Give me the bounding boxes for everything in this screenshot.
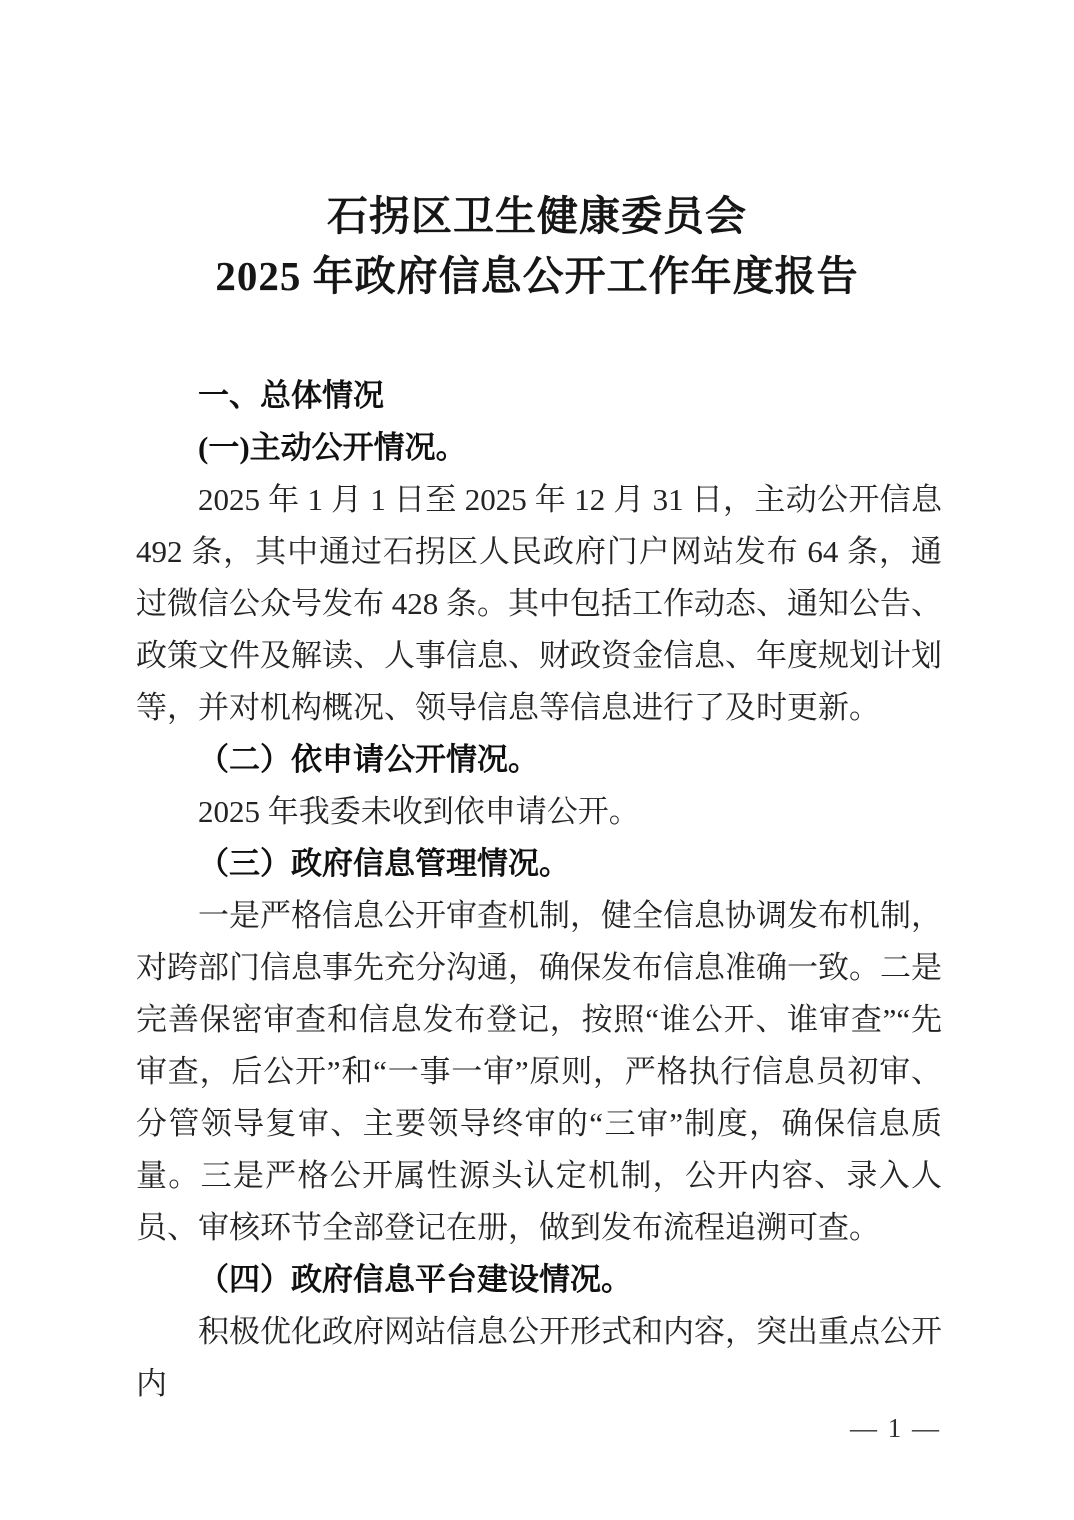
document-title: 石拐区卫生健康委员会 2025 年政府信息公开工作年度报告 (0, 0, 1074, 306)
subsection-heading-proactive-disclosure: (一)主动公开情况。 (136, 422, 942, 474)
paragraph-disclosure-upon-request: 2025 年我委未收到依申请公开。 (136, 786, 942, 838)
document-page: 石拐区卫生健康委员会 2025 年政府信息公开工作年度报告 一、总体情况 (一)… (0, 0, 1074, 1520)
document-title-line2: 2025 年政府信息公开工作年度报告 (0, 246, 1074, 306)
document-title-line1: 石拐区卫生健康委员会 (0, 186, 1074, 246)
page-number: — 1 — (850, 1413, 941, 1444)
paragraph-proactive-disclosure: 2025 年 1 月 1 日至 2025 年 12 月 31 日，主动公开信息 … (136, 474, 942, 734)
document-body: 一、总体情况 (一)主动公开情况。 2025 年 1 月 1 日至 2025 年… (136, 370, 942, 1410)
paragraph-platform-construction: 积极优化政府网站信息公开形式和内容，突出重点公开内 (136, 1306, 942, 1410)
subsection-heading-disclosure-upon-request: （二）依申请公开情况。 (136, 734, 942, 786)
paragraph-information-management: 一是严格信息公开审查机制，健全信息协调发布机制，对跨部门信息事先充分沟通，确保发… (136, 890, 942, 1254)
subsection-heading-platform-construction: （四）政府信息平台建设情况。 (136, 1254, 942, 1306)
subsection-heading-information-management: （三）政府信息管理情况。 (136, 838, 942, 890)
section-heading-overall: 一、总体情况 (136, 370, 942, 422)
